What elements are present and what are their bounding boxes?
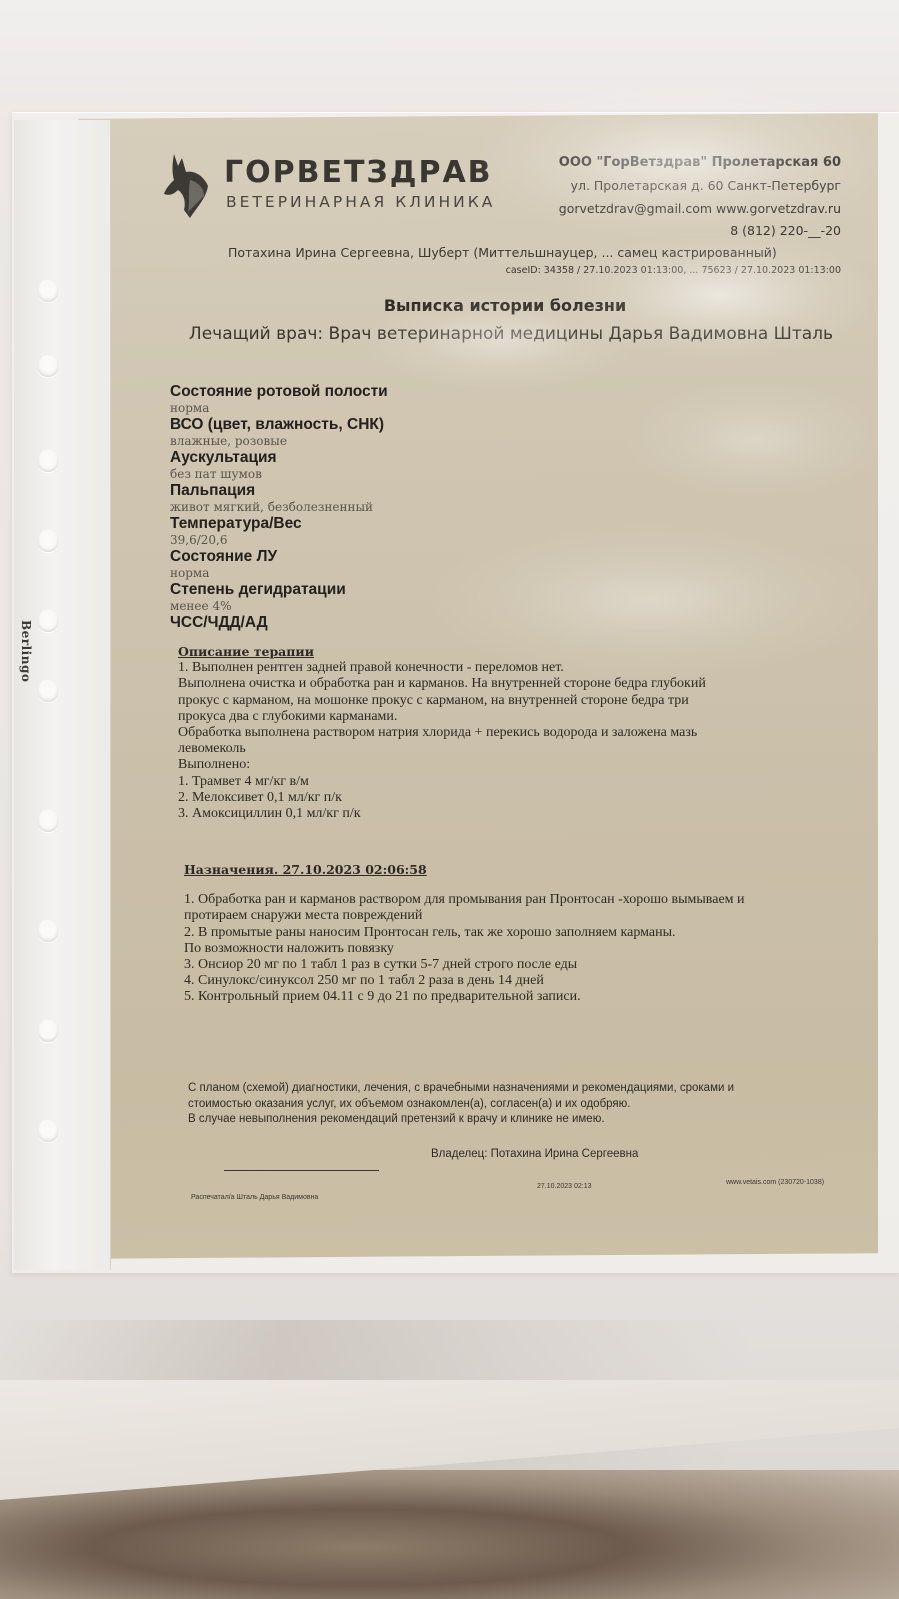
exam-field: Степень дегидратациименее 4% bbox=[170, 581, 570, 614]
consent-text: С планом (схемой) диагностики, лечения, … bbox=[188, 1081, 868, 1128]
exam-fields: Состояние ротовой полостинорма ВСО (цвет… bbox=[170, 383, 570, 631]
exam-field: Температура/Вес39,6/20,6 bbox=[170, 515, 570, 548]
org-phone: 8 (812) 220-__-20 bbox=[730, 223, 841, 238]
printed-by: Распечатал/а Шталь Дарья Вадимовна bbox=[191, 1194, 318, 1201]
owner-signature-label: Владелец: Потахина Ирина Сергеевна bbox=[431, 1148, 638, 1160]
exam-field: ВСО (цвет, влажность, СНК)влажные, розов… bbox=[170, 416, 570, 449]
org-contacts: gorvetzdrav@gmail.com www.gorvetzdrav.ru bbox=[559, 201, 841, 216]
exam-field: Аускультациябез пат шумов bbox=[170, 449, 570, 482]
therapy-heading: Описание терапии bbox=[178, 644, 858, 660]
print-date: 27.10.2023 02:13 bbox=[537, 1183, 592, 1190]
prescriptions-heading: Назначения. 27.10.2023 02:06:58 bbox=[184, 862, 864, 878]
org-name: ООО "ГорВетздрав" Пролетарская 60 bbox=[559, 155, 841, 170]
org-address: ул. Пролетарская д. 60 Санкт-Петербург bbox=[571, 178, 841, 193]
dog-head-logo-icon bbox=[160, 150, 212, 220]
case-id-line: caseID: 34358 / 27.10.2023 01:13:00, ...… bbox=[506, 265, 841, 276]
exam-field: Пальпацияживот мягкий, безболезненный bbox=[170, 482, 570, 515]
patient-line: Потахина Ирина Сергеевна, Шуберт (Миттел… bbox=[228, 245, 777, 260]
attending-doctor: Лечащий врач: Врач ветеринарной медицины… bbox=[186, 323, 836, 345]
exam-field: ЧСС/ЧДД/АД bbox=[170, 614, 570, 631]
document-title: Выписка истории болезни bbox=[0, 296, 899, 315]
clinic-subtitle: ВЕТЕРИНАРНАЯ КЛИНИКА bbox=[226, 193, 495, 211]
therapy-section: Описание терапии 1. Выполнен рентген зад… bbox=[178, 644, 858, 822]
exam-field: Состояние ротовой полостинорма bbox=[170, 383, 570, 416]
clinic-name: ГОРВЕТЗДРАВ bbox=[224, 155, 493, 190]
exam-field: Состояние ЛУнорма bbox=[170, 548, 570, 581]
signature-line bbox=[224, 1170, 379, 1171]
document: ГОРВЕТЗДРАВ ВЕТЕРИНАРНАЯ КЛИНИКА ООО "Го… bbox=[0, 0, 899, 1599]
prescriptions-section: Назначения. 27.10.2023 02:06:58 1. Обраб… bbox=[184, 862, 864, 1006]
software-credit: www.vetais.com (230720-1038) bbox=[726, 1179, 824, 1186]
